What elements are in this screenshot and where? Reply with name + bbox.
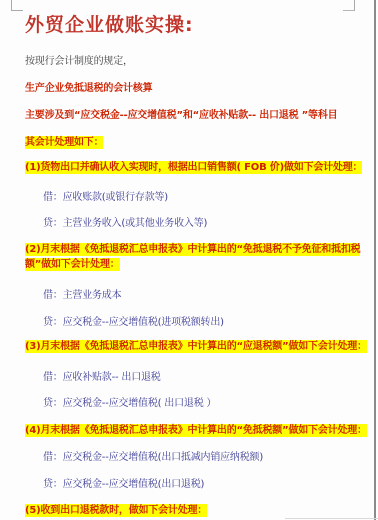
section-4-credit-entry: 贷：应交税金--应交增值税(出口退税) (25, 477, 378, 492)
text-boundary-mark-top-right (343, 0, 355, 11)
section-2-debit-entry: 借：主营业务成本 (25, 288, 378, 303)
section-1-heading: (1)货物出口并确认收入实现时，根据出口销售额( FOB 价)做如下会计处理： (25, 160, 378, 175)
section-5-heading: (5)收到出口退税款时，做如下会计处理： (25, 503, 378, 518)
lead-highlight: 其会计处理如下： (25, 136, 103, 149)
document-page: 外贸企业做账实操: 按现行会计制度的规定， 生产企业免抵退税的会计核算 主要涉及… (0, 0, 378, 520)
bottom-faint-line (285, 518, 378, 519)
section-3-credit-entry: 贷：应交税金--应交增值税( 出口退税 ） (25, 396, 378, 411)
lead-line: 其会计处理如下： (25, 135, 378, 150)
text-boundary-mark-top-left (11, 0, 23, 11)
section-2-heading: (2)月末根据《免抵退税汇总申报表》中计算出的“免抵退税不予免征和抵扣税额”做如… (25, 242, 378, 272)
section-4-debit-entry: 借：应交税金--应交增值税(出口抵减内销应纳税额) (25, 450, 378, 465)
section-3-heading: (3)月末根据《免抵退税汇总申报表》中计算出的“应退税额”做如下会计处理： (25, 339, 378, 354)
subheading-subjects: 主要涉及到“应交税金--应交增值税”和“应收补贴款-- 出口退税 ”等科目 (25, 108, 378, 123)
subheading-accounting: 生产企业免抵退税的会计核算 (25, 81, 378, 96)
section-4-heading: (4)月末根据《免抵退税汇总申报表》中计算出的“免抵税额”做如下会计处理： (25, 423, 378, 438)
intro-paragraph: 按现行会计制度的规定， (25, 54, 378, 69)
page-right-edge (374, 0, 376, 520)
section-2-credit-entry: 贷：应交税金--应交增值税(进项税额转出) (25, 315, 378, 330)
page-title: 外贸企业做账实操: (25, 0, 378, 37)
section-1-debit-entry: 借：应收账款(或银行存款等) (25, 190, 378, 205)
section-3-debit-entry: 借：应收补贴款-- 出口退税 (25, 370, 378, 385)
section-1-credit-entry: 贷：主营业务收入(或其他业务收入等) (25, 216, 378, 231)
